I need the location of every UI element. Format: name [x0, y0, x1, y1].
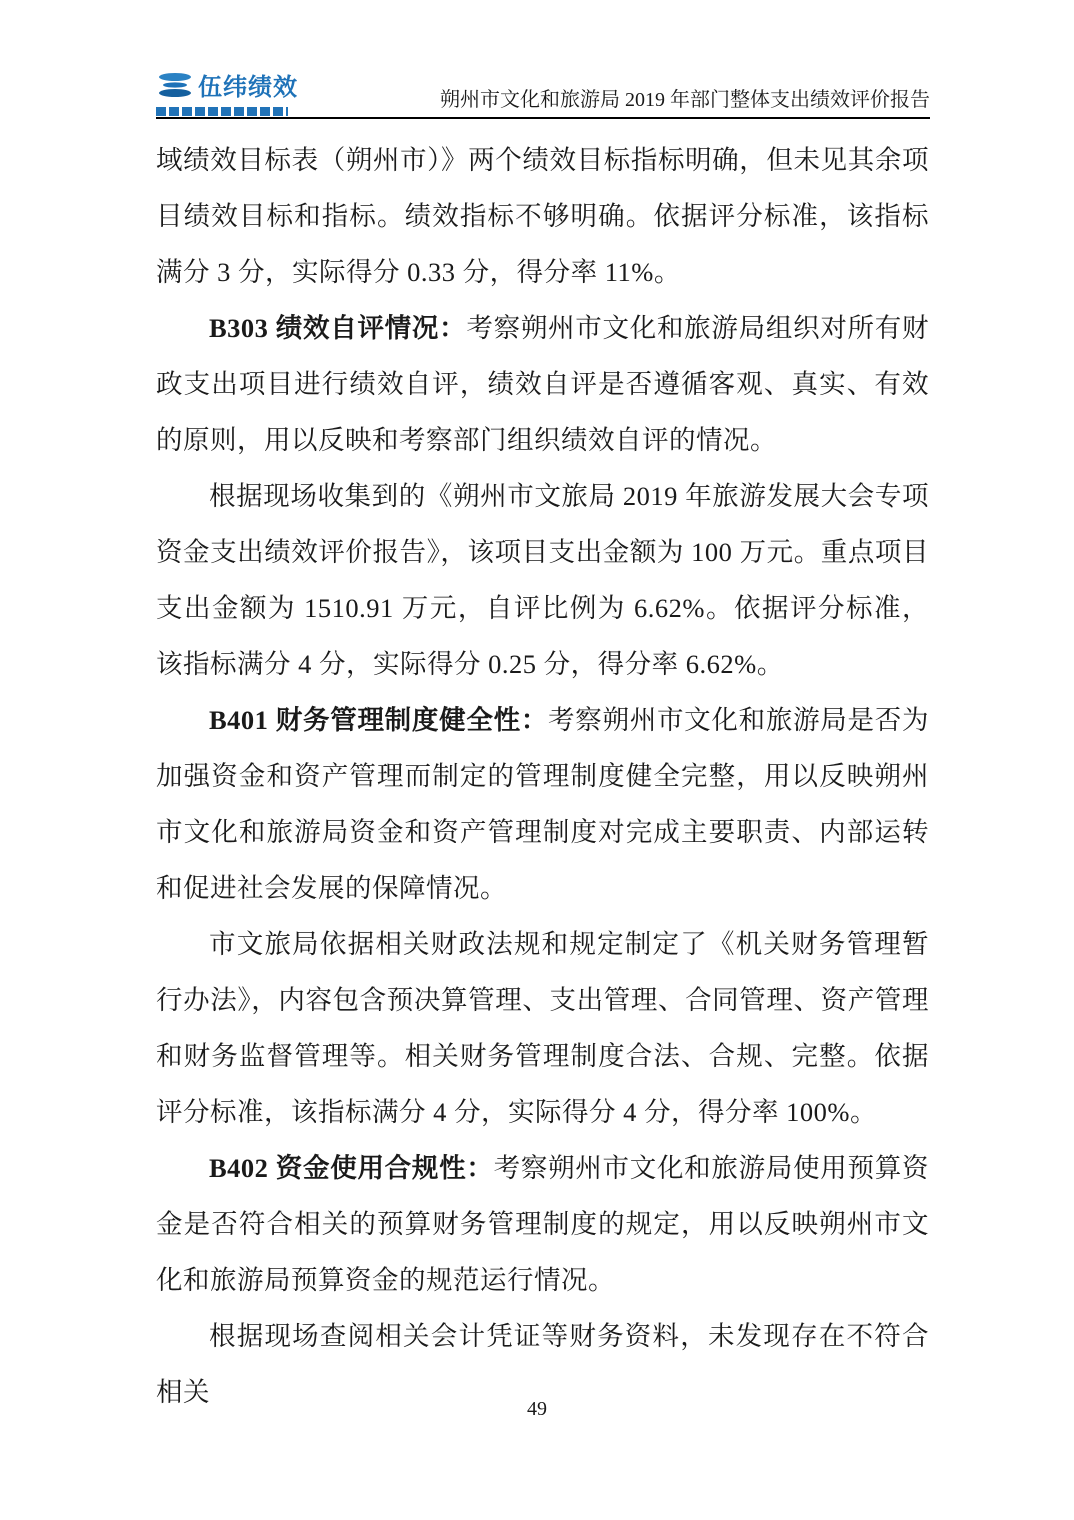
paragraph: 域绩效目标表（朔州市）》两个绩效目标指标明确，但未见其余项目绩效目标和指标。绩效… [156, 132, 929, 300]
paragraph: B401 财务管理制度健全性：考察朔州市文化和旅游局是否为加强资金和资产管理而制… [156, 692, 929, 916]
wuwei-logo-top: 伍纬绩效 [156, 72, 298, 104]
page-number: 49 [0, 1398, 1074, 1421]
paragraph-text: 市文旅局依据相关财政法规和规定制定了《机关财务管理暂行办法》，内容包含预决算管理… [156, 929, 929, 1127]
paragraph-lead: B401 财务管理制度健全性： [209, 705, 548, 735]
document-body: 域绩效目标表（朔州市）》两个绩效目标指标明确，但未见其余项目绩效目标和指标。绩效… [156, 132, 929, 1420]
paragraph: B303 绩效自评情况：考察朔州市文化和旅游局组织对所有财政支出项目进行绩效自评… [156, 300, 929, 468]
report-title: 朔州市文化和旅游局 2019 年部门整体支出绩效评价报告 [440, 83, 930, 116]
logo-squares-decoration [156, 107, 288, 116]
paragraph-lead: B303 绩效自评情况： [209, 313, 466, 343]
paragraph-text: 根据现场收集到的《朔州市文旅局 2019 年旅游发展大会专项资金支出绩效评价报告… [156, 481, 929, 679]
paragraph: 市文旅局依据相关财政法规和规定制定了《机关财务管理暂行办法》，内容包含预决算管理… [156, 916, 929, 1140]
document-page: 伍纬绩效 朔州市文化和旅游局 2019 年部门整体支出绩效评价报告 域绩效目标表… [0, 0, 1074, 1520]
wuwei-logo: 伍纬绩效 [156, 72, 298, 116]
page-header: 伍纬绩效 朔州市文化和旅游局 2019 年部门整体支出绩效评价报告 [156, 72, 930, 119]
layers-icon [156, 72, 194, 104]
paragraph-text: 根据现场查阅相关会计凭证等财务资料，未发现存在不符合相关 [156, 1321, 929, 1407]
paragraph-text: 域绩效目标表（朔州市）》两个绩效目标指标明确，但未见其余项目绩效目标和指标。绩效… [156, 145, 929, 287]
paragraph: 根据现场收集到的《朔州市文旅局 2019 年旅游发展大会专项资金支出绩效评价报告… [156, 468, 929, 692]
logo-text: 伍纬绩效 [198, 76, 298, 100]
paragraph: B402 资金使用合规性：考察朔州市文化和旅游局使用预算资金是否符合相关的预算财… [156, 1140, 929, 1308]
paragraph-lead: B402 资金使用合规性： [209, 1153, 494, 1183]
